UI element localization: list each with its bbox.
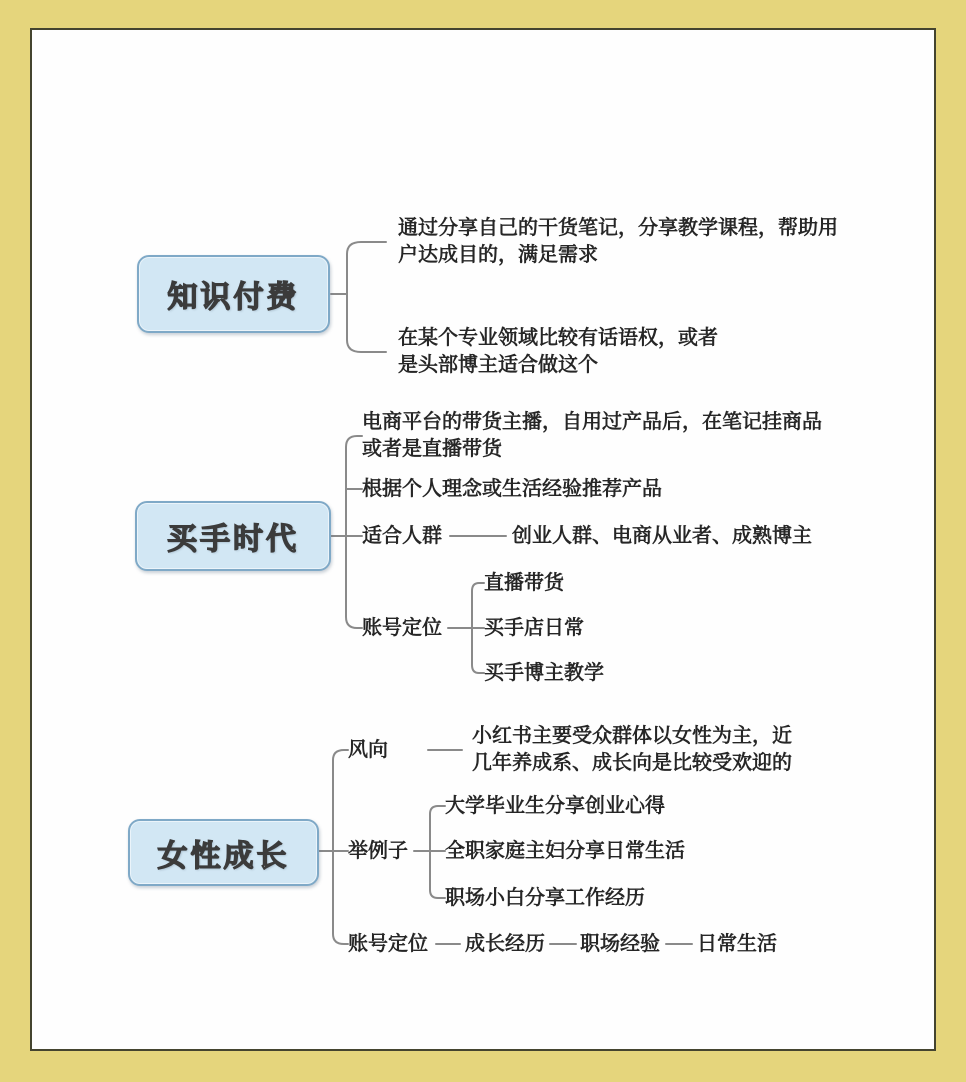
connector-topic3-bracket [333,750,348,944]
label-examples[interactable]: 举例子 [348,838,408,864]
child-housewife[interactable]: 全职家庭主妇分享日常生活 [445,838,685,864]
child-college-graduate[interactable]: 大学毕业生分享创业心得 [445,793,665,819]
note-trend-text[interactable]: 小红书主要受众群体以女性为主，近几年养成系、成长向是比较受欢迎的 [472,723,807,777]
connector-topic2-bracket [346,436,362,628]
topic-female-growth-label: 女性成长 [158,831,290,875]
label-account-positioning-growth[interactable]: 账号定位 [348,931,428,957]
topic-knowledge-payment-label: 知识付费 [168,272,300,316]
topic-buyer-era[interactable]: 买手时代 [135,501,331,571]
label-trend[interactable]: 风向 [348,737,388,763]
child-buyer-shop-daily[interactable]: 买手店日常 [484,615,584,641]
child-buyer-blogger-teaching[interactable]: 买手博主教学 [484,660,604,686]
chain-daily-life[interactable]: 日常生活 [697,931,777,957]
note-suitable-people-value[interactable]: 创业人群、电商从业者、成熟博主 [512,523,812,549]
note-knowledge-payment-2[interactable]: 在某个专业领域比较有话语权，或者是头部博主适合做这个 [398,325,733,379]
label-account-positioning-buyer[interactable]: 账号定位 [362,615,442,641]
topic-buyer-era-label: 买手时代 [167,514,299,558]
child-live-commerce[interactable]: 直播带货 [484,570,564,596]
mindmap-canvas: 知识付费 买手时代 女性成长 通过分享自己的干货笔记，分享教学课程，帮助用户达成… [0,0,966,1082]
child-workplace-newbie[interactable]: 职场小白分享工作经历 [445,885,645,911]
chain-growth-experience[interactable]: 成长经历 [465,931,545,957]
label-suitable-people[interactable]: 适合人群 [362,523,442,549]
note-buyer-live-host[interactable]: 电商平台的带货主播，自用过产品后，在笔记挂商品或者是直播带货 [362,409,832,463]
chain-workplace-experience[interactable]: 职场经验 [580,931,660,957]
note-knowledge-payment-1[interactable]: 通过分享自己的干货笔记，分享教学课程，帮助用户达成目的，满足需求 [398,215,850,269]
topic-female-growth[interactable]: 女性成长 [128,819,319,886]
topic-knowledge-payment[interactable]: 知识付费 [137,255,330,333]
connector-topic1-bracket [347,242,386,352]
note-buyer-recommend[interactable]: 根据个人理念或生活经验推荐产品 [362,476,662,502]
